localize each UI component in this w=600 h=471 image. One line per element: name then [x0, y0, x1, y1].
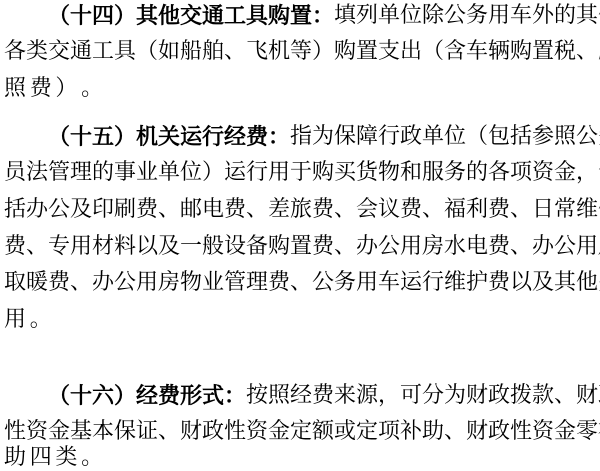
paragraph-line: 括办公及印刷费、邮电费、差旅费、会议费、福利费、日常维修: [4, 195, 596, 225]
paragraph-line: 用。: [4, 305, 596, 335]
paragraph-line: （十四）其他交通工具购置：填列单位除公务用车外的其他: [4, 1, 596, 31]
paragraph-line: （十五）机关运行经费：指为保障行政单位（包括参照公务: [4, 122, 596, 152]
paragraph-line: （十六）经费形式：按照经费来源，可分为财政拨款、财政: [4, 381, 596, 411]
paragraph-line: 费、专用材料以及一般设备购置费、办公用房水电费、办公用房: [4, 232, 596, 262]
paragraph-line: 照费）。: [4, 74, 596, 104]
paragraph-line: 助四类。: [4, 443, 596, 471]
paragraph-line: 员法管理的事业单位）运行用于购买货物和服务的各项资金，包: [4, 158, 596, 188]
paragraph-line: 取暖费、办公用房物业管理费、公务用车运行维护费以及其他费: [4, 268, 596, 298]
paragraph-line: 各类交通工具（如船舶、飞机等）购置支出（含车辆购置税、牌: [4, 37, 596, 67]
